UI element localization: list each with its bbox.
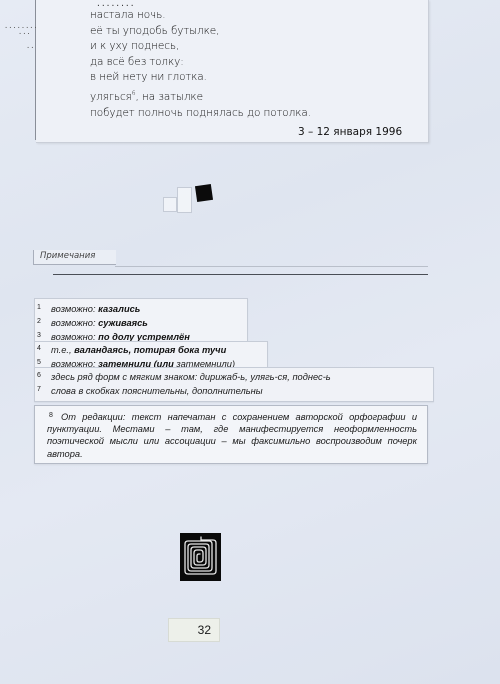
poem-line: и к уху поднесь, bbox=[90, 39, 311, 55]
footnote-item: 7слова в скобках пояснительны, дополните… bbox=[35, 383, 433, 398]
poem-strip: ........ настала ночь. её ты уподобь бут… bbox=[36, 0, 429, 143]
divider bbox=[115, 266, 428, 267]
footnote-item: 2возможно: суживаясь bbox=[35, 315, 247, 330]
notes-strip-1: 1возможно: казались 2возможно: суживаясь… bbox=[34, 298, 248, 342]
footnote-number: 4 bbox=[35, 342, 51, 355]
black-square-icon bbox=[195, 184, 213, 202]
footnote-number: 7 bbox=[35, 383, 51, 396]
clear-square-icon bbox=[163, 197, 177, 212]
footnote-item: 6здесь ряд форм с мягким знаком: дирижаб… bbox=[35, 369, 433, 384]
poem-line: в ней нету ни глотка. bbox=[90, 70, 311, 86]
poem-lines: настала ночь. её ты уподобь бутылке, и к… bbox=[90, 8, 311, 121]
editor-note-text: От редакции: текст напечатан с сохранени… bbox=[47, 412, 417, 459]
footnote-number: 6 bbox=[35, 369, 51, 382]
poem-line: настала ночь. bbox=[90, 8, 311, 24]
poem-line: улягься6, на затылке bbox=[90, 86, 311, 106]
margin-mark: .. bbox=[26, 42, 34, 50]
footnote-variant: валандаясь, потирая бока тучи bbox=[74, 345, 226, 355]
footnote-number: 1 bbox=[35, 301, 51, 314]
notes-label-box: Примечания bbox=[33, 250, 116, 265]
footnote-prefix: возможно: bbox=[51, 304, 96, 314]
footnote-number: 2 bbox=[35, 315, 51, 328]
clear-rectangle-icon bbox=[177, 187, 192, 213]
margin-mark: ... bbox=[18, 28, 31, 36]
notes-title: Примечания bbox=[40, 251, 95, 261]
footnote-item: 1возможно: казались bbox=[35, 301, 247, 316]
notes-strip-3: 6здесь ряд форм с мягким знаком: дирижаб… bbox=[34, 367, 434, 402]
poem-ellipsis: ........ bbox=[96, 0, 135, 8]
divider bbox=[53, 274, 428, 275]
poem-line-text: улягься bbox=[90, 91, 132, 103]
footnote-number: 8 bbox=[47, 410, 61, 422]
page-number: 32 bbox=[198, 623, 211, 637]
footnote-variant: суживаясь bbox=[98, 318, 148, 328]
footnote-prefix: возможно: bbox=[51, 318, 96, 328]
footnote-prefix: т.е., bbox=[51, 345, 72, 355]
footnote-item: 4т.е., валандаясь, потирая бока тучи bbox=[35, 342, 267, 357]
spiral-ornament-icon bbox=[180, 533, 221, 581]
poem-line: побудет полночь поднялась до потолка. bbox=[90, 106, 311, 122]
poem-line: да всё без толку: bbox=[90, 55, 311, 71]
page-number-box: 32 bbox=[168, 618, 220, 642]
poem-line-text: , на затылке bbox=[136, 91, 203, 103]
editor-note-strip: 8От редакции: текст напечатан с сохранен… bbox=[34, 405, 428, 464]
poem-line: её ты уподобь бутылке, bbox=[90, 24, 311, 40]
footnote-text: здесь ряд форм с мягким знаком: дирижаб-… bbox=[51, 372, 331, 382]
notes-strip-2: 4т.е., валандаясь, потирая бока тучи 5во… bbox=[34, 341, 268, 370]
footnote-variant: казались bbox=[98, 304, 140, 314]
ornament bbox=[160, 180, 220, 220]
editor-note: 8От редакции: текст напечатан с сохранен… bbox=[47, 410, 417, 460]
poem-date: 3 – 12 января 1996 bbox=[298, 126, 402, 138]
notes-header: Примечания bbox=[33, 250, 428, 278]
footnote-text: слова в скобках пояснительны, дополнител… bbox=[51, 386, 263, 396]
